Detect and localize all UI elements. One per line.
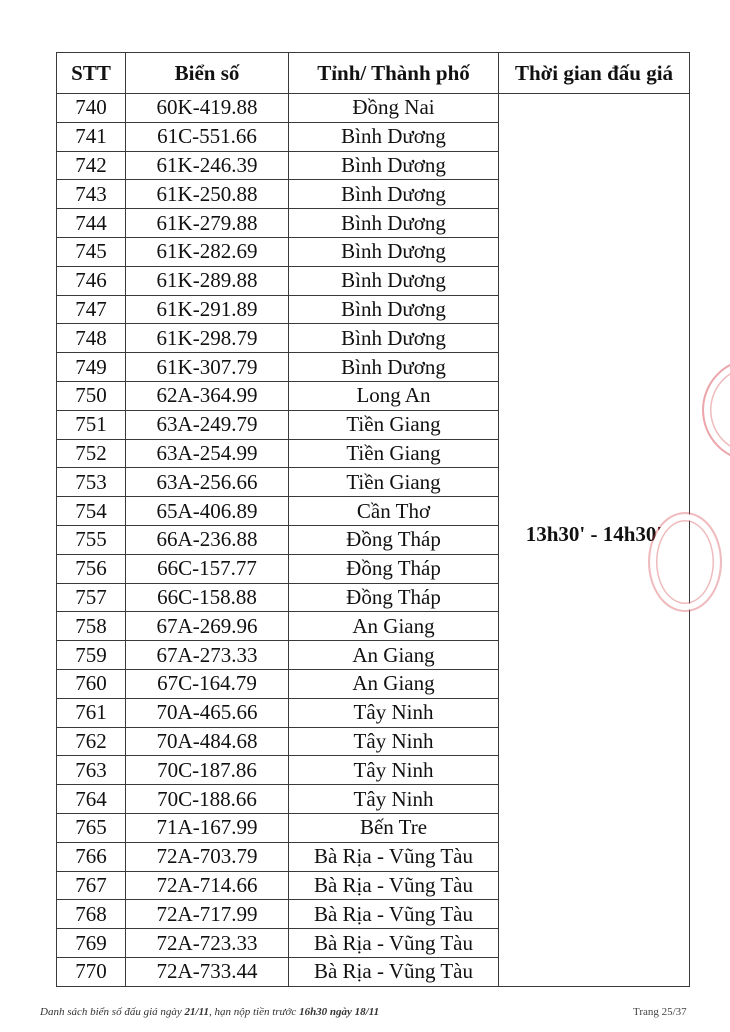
cell-province: Đồng Tháp (289, 554, 499, 583)
cell-stt: 768 (57, 900, 126, 929)
cell-stt: 758 (57, 612, 126, 641)
cell-plate: 60K-419.88 (126, 94, 289, 123)
footer-text-2: , hạn nộp tiền trước (209, 1006, 299, 1018)
cell-province: An Giang (289, 641, 499, 670)
cell-plate: 61K-291.89 (126, 295, 289, 324)
cell-plate: 70C-188.66 (126, 785, 289, 814)
cell-plate: 63A-254.99 (126, 439, 289, 468)
cell-stt: 748 (57, 324, 126, 353)
header-province: Tỉnh/ Thành phố (289, 53, 499, 94)
cell-province: Bình Dương (289, 122, 499, 151)
cell-province: Bình Dương (289, 266, 499, 295)
cell-province: Bình Dương (289, 353, 499, 382)
table-header-row: STT Biển số Tỉnh/ Thành phố Thời gian đấ… (57, 53, 690, 94)
cell-plate: 63A-249.79 (126, 410, 289, 439)
cell-province: Đồng Nai (289, 94, 499, 123)
cell-plate: 61C-551.66 (126, 122, 289, 151)
footer-note: Danh sách biển số đấu giá ngày 21/11, hạ… (40, 1006, 379, 1018)
cell-stt: 750 (57, 381, 126, 410)
cell-stt: 766 (57, 842, 126, 871)
cell-stt: 747 (57, 295, 126, 324)
cell-stt: 754 (57, 497, 126, 526)
cell-province: Bình Dương (289, 324, 499, 353)
cell-plate: 67C-164.79 (126, 669, 289, 698)
cell-plate: 71A-167.99 (126, 813, 289, 842)
header-auction-time: Thời gian đấu giá (499, 53, 690, 94)
header-stt: STT (57, 53, 126, 94)
cell-stt: 743 (57, 180, 126, 209)
cell-stt: 741 (57, 122, 126, 151)
cell-stt: 756 (57, 554, 126, 583)
cell-plate: 61K-246.39 (126, 151, 289, 180)
cell-province: Tây Ninh (289, 785, 499, 814)
cell-plate: 70A-465.66 (126, 698, 289, 727)
footer-text-1: Danh sách biển số đấu giá ngày (40, 1006, 185, 1018)
cell-stt: 762 (57, 727, 126, 756)
cell-province: Long An (289, 381, 499, 410)
cell-stt: 767 (57, 871, 126, 900)
cell-province: Bình Dương (289, 209, 499, 238)
cell-province: Bình Dương (289, 151, 499, 180)
license-plate-table: STT Biển số Tỉnh/ Thành phố Thời gian đấ… (56, 52, 690, 987)
red-seal-stamp (702, 358, 730, 462)
auction-time-text: 13h30' - 14h30' (526, 522, 663, 546)
cell-province: Bình Dương (289, 295, 499, 324)
cell-stt: 769 (57, 929, 126, 958)
cell-stt: 749 (57, 353, 126, 382)
table-row: 74060K-419.88Đồng Nai13h30' - 14h30' (57, 94, 690, 123)
cell-stt: 746 (57, 266, 126, 295)
cell-stt: 757 (57, 583, 126, 612)
cell-province: Bà Rịa - Vũng Tàu (289, 871, 499, 900)
cell-stt: 742 (57, 151, 126, 180)
cell-province: Tiền Giang (289, 439, 499, 468)
cell-plate: 65A-406.89 (126, 497, 289, 526)
cell-plate: 66C-157.77 (126, 554, 289, 583)
cell-province: An Giang (289, 669, 499, 698)
page-number: Trang 25/37 (633, 1006, 687, 1018)
cell-stt: 764 (57, 785, 126, 814)
cell-province: Bà Rịa - Vũng Tàu (289, 900, 499, 929)
cell-plate: 72A-714.66 (126, 871, 289, 900)
cell-stt: 759 (57, 641, 126, 670)
cell-stt: 763 (57, 756, 126, 785)
cell-plate: 72A-717.99 (126, 900, 289, 929)
cell-plate: 61K-307.79 (126, 353, 289, 382)
cell-stt: 755 (57, 525, 126, 554)
cell-province: Bình Dương (289, 237, 499, 266)
cell-stt: 760 (57, 669, 126, 698)
footer-deadline: 16h30 ngày 18/11 (299, 1006, 379, 1018)
cell-province: Tây Ninh (289, 756, 499, 785)
red-seal-stamp-partial (648, 512, 722, 612)
cell-province: Đồng Tháp (289, 583, 499, 612)
cell-plate: 72A-723.33 (126, 929, 289, 958)
cell-stt: 745 (57, 237, 126, 266)
table-body: 74060K-419.88Đồng Nai13h30' - 14h30'7416… (57, 94, 690, 987)
cell-plate: 61K-279.88 (126, 209, 289, 238)
cell-province: Bà Rịa - Vũng Tàu (289, 929, 499, 958)
cell-stt: 751 (57, 410, 126, 439)
header-plate: Biển số (126, 53, 289, 94)
cell-plate: 70C-187.86 (126, 756, 289, 785)
cell-stt: 770 (57, 957, 126, 986)
cell-stt: 761 (57, 698, 126, 727)
cell-plate: 61K-282.69 (126, 237, 289, 266)
cell-stt: 744 (57, 209, 126, 238)
cell-plate: 61K-289.88 (126, 266, 289, 295)
cell-plate: 67A-269.96 (126, 612, 289, 641)
cell-plate: 63A-256.66 (126, 468, 289, 497)
cell-province: Bà Rịa - Vũng Tàu (289, 842, 499, 871)
cell-province: Bình Dương (289, 180, 499, 209)
cell-plate: 70A-484.68 (126, 727, 289, 756)
cell-plate: 67A-273.33 (126, 641, 289, 670)
cell-plate: 61K-298.79 (126, 324, 289, 353)
footer-auction-date: 21/11 (185, 1006, 209, 1018)
cell-province: Tiền Giang (289, 468, 499, 497)
cell-stt: 753 (57, 468, 126, 497)
cell-plate: 66C-158.88 (126, 583, 289, 612)
document-page: STT Biển số Tỉnh/ Thành phố Thời gian đấ… (0, 0, 730, 1032)
cell-province: Bến Tre (289, 813, 499, 842)
cell-stt: 752 (57, 439, 126, 468)
cell-plate: 72A-703.79 (126, 842, 289, 871)
cell-province: Cần Thơ (289, 497, 499, 526)
cell-plate: 72A-733.44 (126, 957, 289, 986)
cell-plate: 61K-250.88 (126, 180, 289, 209)
cell-plate: 66A-236.88 (126, 525, 289, 554)
cell-province: Tây Ninh (289, 727, 499, 756)
cell-plate: 62A-364.99 (126, 381, 289, 410)
cell-province: Bà Rịa - Vũng Tàu (289, 957, 499, 986)
cell-stt: 740 (57, 94, 126, 123)
cell-province: Tiền Giang (289, 410, 499, 439)
cell-province: An Giang (289, 612, 499, 641)
cell-province: Tây Ninh (289, 698, 499, 727)
cell-province: Đồng Tháp (289, 525, 499, 554)
cell-stt: 765 (57, 813, 126, 842)
